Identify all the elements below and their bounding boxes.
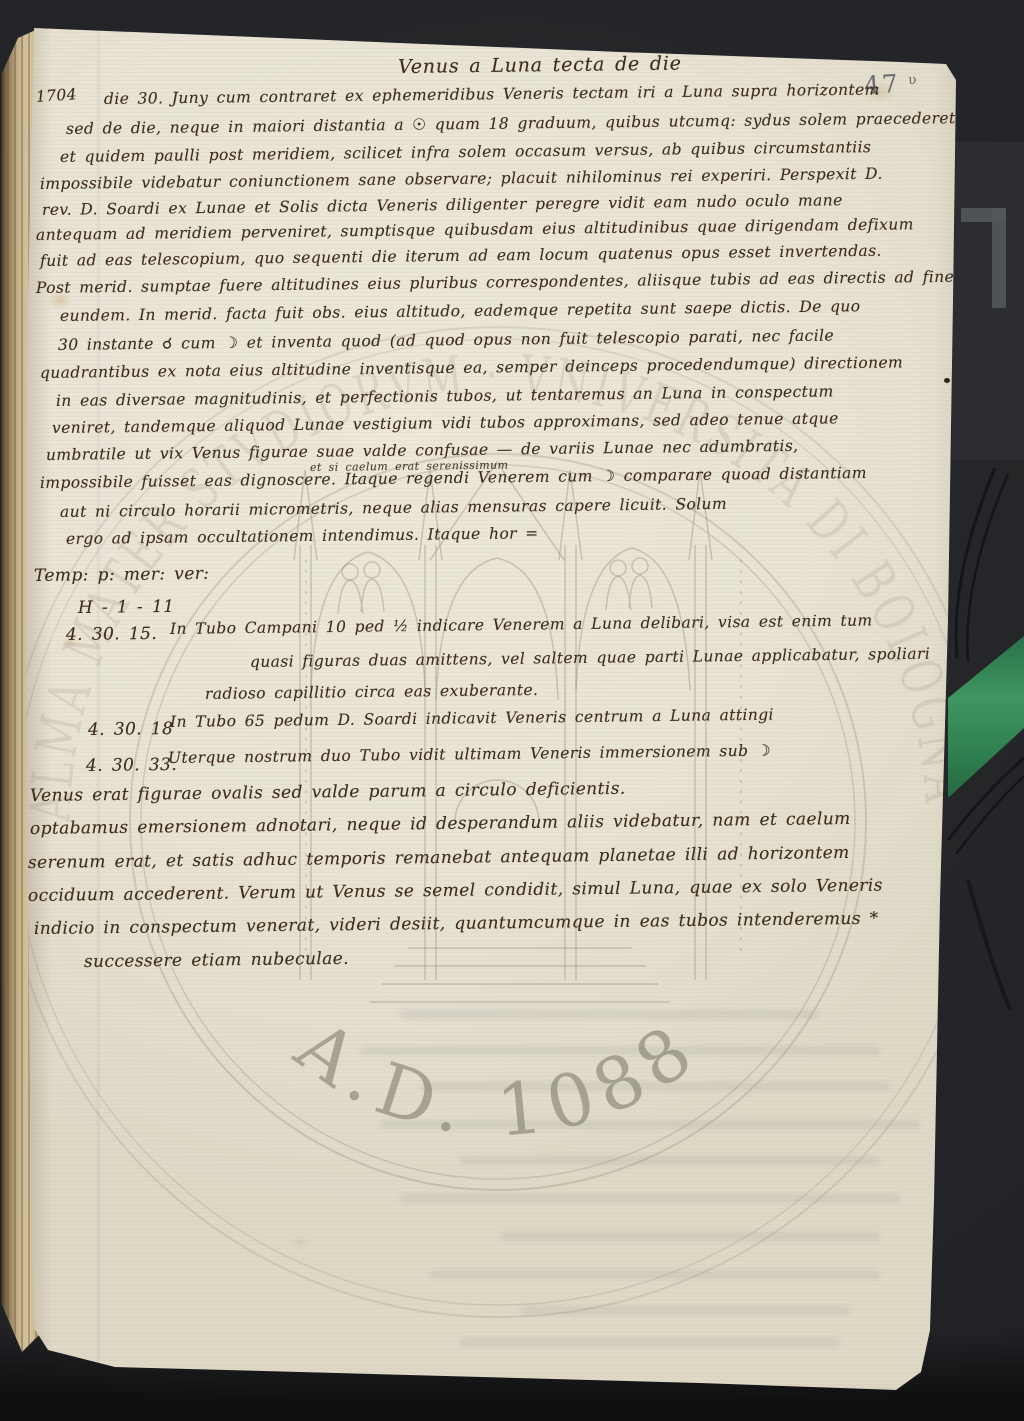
body-line: fuit ad eas telescopium, quo sequenti di…	[40, 244, 882, 270]
observation-time: 4. 30. 33.	[86, 757, 177, 775]
margin-ink-mark: ʋ	[906, 71, 918, 88]
body-line: sed de die, neque in maiori distantia a …	[66, 111, 961, 137]
bleed-line	[400, 1194, 900, 1203]
margin-year: 1704	[35, 87, 77, 105]
hour-line: H - 1 - 11	[78, 599, 175, 617]
corner-marker-icon	[992, 208, 1006, 308]
body-line: impossibile videbatur coniunctionem sane…	[40, 167, 883, 193]
body-line: die 30. Juny cum contraret ex ephemeridi…	[104, 83, 880, 108]
svg-text:A.D. 1088: A.D. 1088	[281, 1003, 715, 1152]
observation-line: radioso capillitio circa eas exuberante.	[205, 683, 539, 703]
observation-line: Uterque nostrum duo Tubo vidit ultimam V…	[168, 744, 771, 767]
body-line: occiduum accederent. Verum ut Venus se s…	[28, 878, 883, 905]
body-line: Venus erat figurae ovalis sed valde paru…	[30, 781, 626, 805]
body-line: optabamus emersionem adnotari, neque id …	[30, 811, 851, 838]
body-line: Post merid. sumptae fuere altitudines ei…	[36, 270, 969, 297]
ink-dot	[944, 378, 950, 383]
body-line: rev. D. Soardi ex Lunae et Solis dicta V…	[42, 193, 843, 218]
observation-time: 4. 30. 15.	[66, 626, 157, 644]
section-label: Temp: p: mer: ver:	[34, 566, 210, 585]
manuscript-page: ALMA MATER STVDIORVM · VNIVERSITA DI BOL…	[0, 0, 1024, 1421]
bleed-line	[360, 1046, 880, 1055]
bleed-line	[500, 1232, 880, 1241]
heading: Venus a Luna tecta de die	[398, 55, 682, 77]
bleed-line	[460, 1338, 840, 1347]
watermark-date: A.D. 1088	[281, 1003, 715, 1152]
scanned-manuscript-scene: ALMA MATER STVDIORVM · VNIVERSITA DI BOL…	[0, 0, 1024, 1421]
bleed-line	[420, 1082, 890, 1091]
bleed-line	[430, 1270, 880, 1279]
body-line: aut ni circulo horarii micrometris, nequ…	[60, 497, 727, 521]
bleed-line	[380, 1120, 920, 1129]
body-line: 30 instante ☌ cum ☽ et inventa quod (ad …	[58, 329, 834, 354]
backdrop-panel	[952, 142, 1024, 460]
body-line: in eas diversae magnitudinis, et perfect…	[56, 384, 834, 409]
body-line: eundem. In merid. facta fuit obs. eius a…	[60, 299, 861, 324]
body-line: et quidem paulli post meridiem, scilicet…	[60, 140, 871, 165]
observation-line: In Tubo Campani 10 ped ½ indicare Venere…	[170, 613, 873, 637]
body-line: quadrantibus ex nota eius altitudine inv…	[40, 355, 903, 381]
observation-line: quasi figuras duas amittens, vel saltem …	[250, 647, 930, 671]
body-line: successere etiam nubeculae.	[84, 951, 349, 971]
body-line: serenum erat, et satis adhuc temporis re…	[28, 845, 850, 872]
body-line: indicio in conspectum venerat, videri de…	[34, 911, 879, 938]
observation-time: 4. 30. 18	[88, 721, 173, 739]
body-line: impossibile fuisset eas dignoscere. Itaq…	[40, 466, 867, 492]
body-line: antequam ad meridiem perveniret, sumptis…	[36, 217, 914, 243]
body-line: ergo ad ipsam occultationem intendimus. …	[66, 526, 539, 547]
bleed-line	[520, 1306, 850, 1315]
observation-line: In Tubo 65 pedum D. Soardi indicavit Ven…	[170, 708, 774, 731]
bleed-line	[400, 1010, 820, 1019]
bleed-line	[460, 1156, 880, 1165]
body-line: veniret, tandemque aliquod Lunae vestigi…	[52, 411, 839, 436]
bleed-line	[640, 30, 890, 48]
